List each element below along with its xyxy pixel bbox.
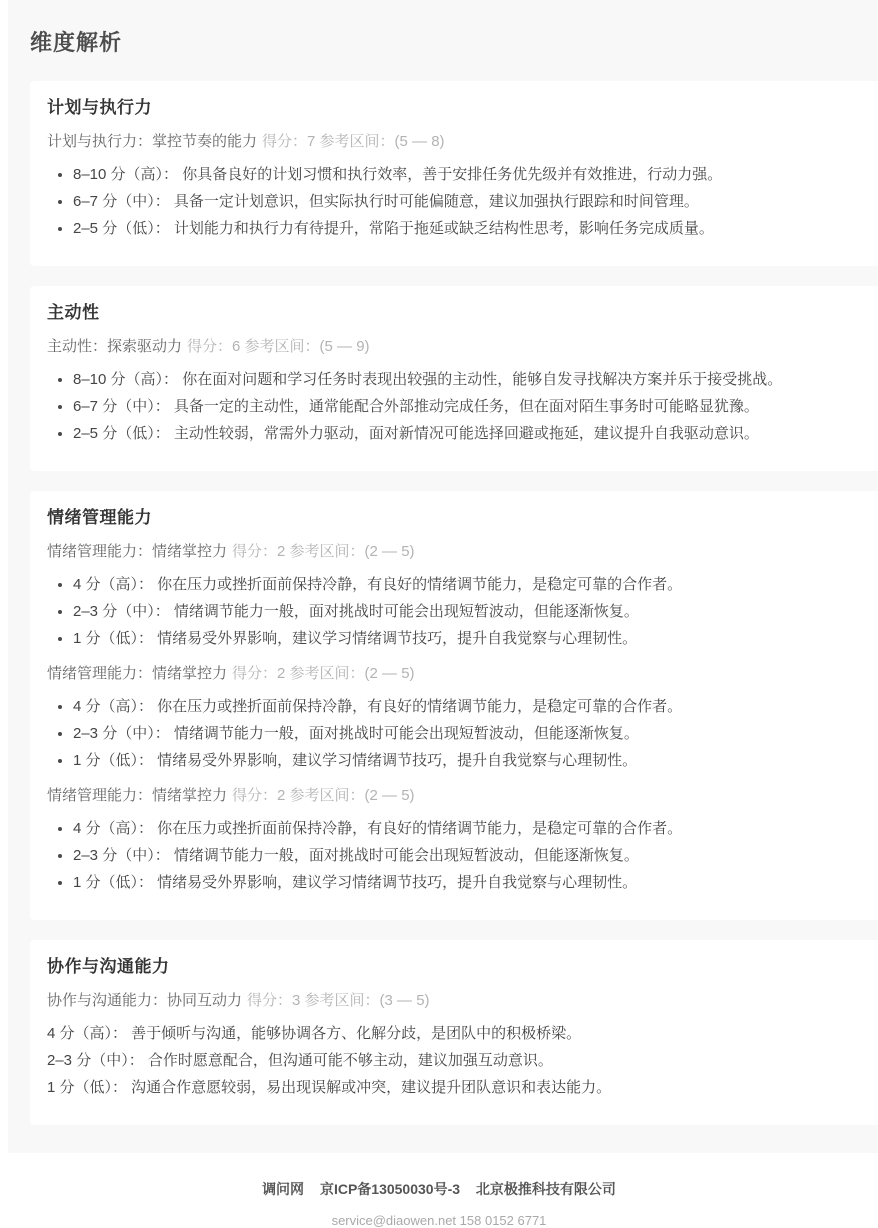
dimension-analysis-panel: 维度解析 计划与执行力计划与执行力：掌控节奏的能力得分：7 参考区间：(5 — … — [8, 0, 878, 1153]
dimension-block: 情绪管理能力：情绪掌控力得分：2 参考区间：(2 — 5)4 分（高）： 你在压… — [47, 664, 858, 774]
score-band-item: 6–7 分（中）： 具备一定计划意识，但实际执行时可能偏随意，建议加强执行跟踪和… — [47, 188, 858, 215]
dimension-block: 主动性：探索驱动力得分：6 参考区间：(5 — 9)8–10 分（高）： 你在面… — [47, 337, 858, 447]
page-title: 维度解析 — [30, 26, 878, 57]
footer-site-name: 调问网 — [262, 1181, 304, 1197]
dimension-card: 情绪管理能力情绪管理能力：情绪掌控力得分：2 参考区间：(2 — 5)4 分（高… — [30, 491, 878, 920]
dimension-name-label: 情绪管理能力：情绪掌控力 — [47, 665, 227, 682]
dimension-heading: 主动性 — [47, 302, 858, 324]
dimension-score-and-range: 得分：2 参考区间：(2 — 5) — [232, 787, 415, 804]
dimension-card: 协作与沟通能力协作与沟通能力：协同互动力得分：3 参考区间：(3 — 5)4 分… — [30, 940, 878, 1125]
dimension-name-label: 情绪管理能力：情绪掌控力 — [47, 787, 227, 804]
dimension-name-label: 协作与沟通能力：协同互动力 — [47, 992, 242, 1009]
score-band-list: 8–10 分（高）： 你具备良好的计划习惯和执行效率，善于安排任务优先级并有效推… — [47, 161, 858, 242]
footer-company-name: 北京极推科技有限公司 — [476, 1181, 616, 1197]
score-band-item: 2–5 分（低）： 计划能力和执行力有待提升，常陷于拖延或缺乏结构性思考，影响任… — [47, 215, 858, 242]
dimension-subtitle: 协作与沟通能力：协同互动力得分：3 参考区间：(3 — 5) — [47, 991, 858, 1011]
score-band-item: 4 分（高）： 你在压力或挫折面前保持冷静，有良好的情绪调节能力，是稳定可靠的合… — [47, 571, 858, 598]
dimension-block: 计划与执行力：掌控节奏的能力得分：7 参考区间：(5 — 8)8–10 分（高）… — [47, 132, 858, 242]
score-band-list: 8–10 分（高）： 你在面对问题和学习任务时表现出较强的主动性，能够自发寻找解… — [47, 366, 858, 447]
score-band-list: 4 分（高）： 善于倾听与沟通，能够协调各方、化解分歧，是团队中的积极桥梁。2–… — [47, 1020, 858, 1101]
dimension-score-and-range: 得分：3 参考区间：(3 — 5) — [247, 992, 430, 1009]
dimension-cards-container: 计划与执行力计划与执行力：掌控节奏的能力得分：7 参考区间：(5 — 8)8–1… — [30, 81, 878, 1125]
dimension-score-and-range: 得分：6 参考区间：(5 — 9) — [187, 338, 370, 355]
dimension-score-and-range: 得分：2 参考区间：(2 — 5) — [232, 665, 415, 682]
dimension-block: 情绪管理能力：情绪掌控力得分：2 参考区间：(2 — 5)4 分（高）： 你在压… — [47, 542, 858, 652]
score-band-item: 4 分（高）： 你在压力或挫折面前保持冷静，有良好的情绪调节能力，是稳定可靠的合… — [47, 815, 858, 842]
score-band-item: 8–10 分（高）： 你具备良好的计划习惯和执行效率，善于安排任务优先级并有效推… — [47, 161, 858, 188]
score-band-item: 8–10 分（高）： 你在面对问题和学习任务时表现出较强的主动性，能够自发寻找解… — [47, 366, 858, 393]
score-band-item: 2–3 分（中）： 情绪调节能力一般，面对挑战时可能会出现短暂波动，但能逐渐恢复… — [47, 842, 858, 869]
score-band-item: 1 分（低）： 情绪易受外界影响，建议学习情绪调节技巧，提升自我觉察与心理韧性。 — [47, 747, 858, 774]
score-band-item: 1 分（低）： 沟通合作意愿较弱，易出现误解或冲突，建议提升团队意识和表达能力。 — [47, 1074, 858, 1101]
score-band-item: 6–7 分（中）： 具备一定的主动性，通常能配合外部推动完成任务，但在面对陌生事… — [47, 393, 858, 420]
dimension-subtitle: 情绪管理能力：情绪掌控力得分：2 参考区间：(2 — 5) — [47, 786, 858, 806]
score-band-item: 1 分（低）： 情绪易受外界影响，建议学习情绪调节技巧，提升自我觉察与心理韧性。 — [47, 625, 858, 652]
dimension-name-label: 计划与执行力：掌控节奏的能力 — [47, 133, 257, 150]
score-band-list: 4 分（高）： 你在压力或挫折面前保持冷静，有良好的情绪调节能力，是稳定可靠的合… — [47, 815, 858, 896]
score-band-list: 4 分（高）： 你在压力或挫折面前保持冷静，有良好的情绪调节能力，是稳定可靠的合… — [47, 571, 858, 652]
dimension-card: 主动性主动性：探索驱动力得分：6 参考区间：(5 — 9)8–10 分（高）： … — [30, 286, 878, 471]
dimension-card: 计划与执行力计划与执行力：掌控节奏的能力得分：7 参考区间：(5 — 8)8–1… — [30, 81, 878, 266]
dimension-name-label: 主动性：探索驱动力 — [47, 338, 182, 355]
score-band-item: 2–3 分（中）： 合作时愿意配合，但沟通可能不够主动，建议加强互动意识。 — [47, 1047, 858, 1074]
dimension-score-and-range: 得分：7 参考区间：(5 — 8) — [262, 133, 445, 150]
score-band-item: 2–3 分（中）： 情绪调节能力一般，面对挑战时可能会出现短暂波动，但能逐渐恢复… — [47, 598, 858, 625]
score-band-item: 1 分（低）： 情绪易受外界影响，建议学习情绪调节技巧，提升自我觉察与心理韧性。 — [47, 869, 858, 896]
score-band-item: 2–5 分（低）： 主动性较弱，常需外力驱动，面对新情况可能选择回避或拖延，建议… — [47, 420, 858, 447]
dimension-heading: 计划与执行力 — [47, 97, 858, 119]
score-band-item: 2–3 分（中）： 情绪调节能力一般，面对挑战时可能会出现短暂波动，但能逐渐恢复… — [47, 720, 858, 747]
footer: 调问网 京ICP备13050030号-3 北京极推科技有限公司 service@… — [0, 1153, 878, 1228]
score-band-list: 4 分（高）： 你在压力或挫折面前保持冷静，有良好的情绪调节能力，是稳定可靠的合… — [47, 693, 858, 774]
dimension-subtitle: 主动性：探索驱动力得分：6 参考区间：(5 — 9) — [47, 337, 858, 357]
dimension-heading: 情绪管理能力 — [47, 507, 858, 529]
dimension-block: 协作与沟通能力：协同互动力得分：3 参考区间：(3 — 5)4 分（高）： 善于… — [47, 991, 858, 1101]
footer-site-info: 调问网 京ICP备13050030号-3 北京极推科技有限公司 — [0, 1179, 878, 1199]
dimension-name-label: 情绪管理能力：情绪掌控力 — [47, 543, 227, 560]
score-band-item: 4 分（高）： 你在压力或挫折面前保持冷静，有良好的情绪调节能力，是稳定可靠的合… — [47, 693, 858, 720]
footer-contact-info: service@diaowen.net 158 0152 6771 — [0, 1213, 878, 1228]
dimension-heading: 协作与沟通能力 — [47, 956, 858, 978]
dimension-block: 情绪管理能力：情绪掌控力得分：2 参考区间：(2 — 5)4 分（高）： 你在压… — [47, 786, 858, 896]
dimension-subtitle: 情绪管理能力：情绪掌控力得分：2 参考区间：(2 — 5) — [47, 664, 858, 684]
footer-icp-number: 京ICP备13050030号-3 — [320, 1181, 460, 1197]
score-band-item: 4 分（高）： 善于倾听与沟通，能够协调各方、化解分歧，是团队中的积极桥梁。 — [47, 1020, 858, 1047]
dimension-subtitle: 情绪管理能力：情绪掌控力得分：2 参考区间：(2 — 5) — [47, 542, 858, 562]
dimension-score-and-range: 得分：2 参考区间：(2 — 5) — [232, 543, 415, 560]
dimension-subtitle: 计划与执行力：掌控节奏的能力得分：7 参考区间：(5 — 8) — [47, 132, 858, 152]
